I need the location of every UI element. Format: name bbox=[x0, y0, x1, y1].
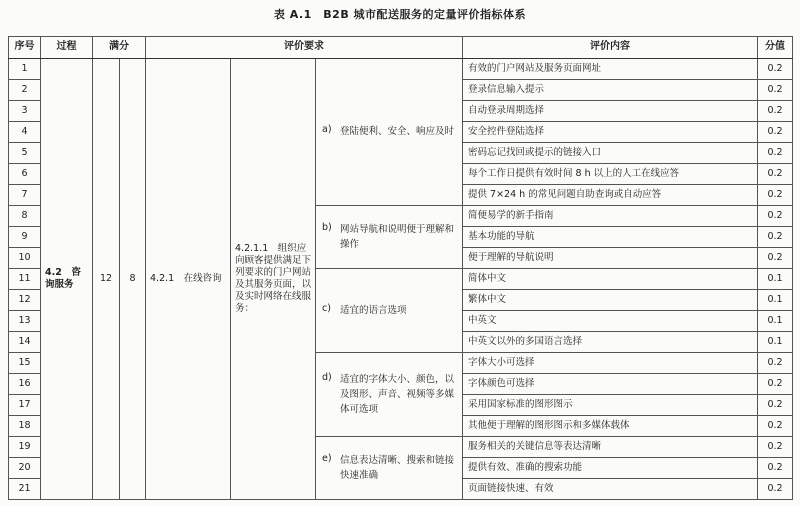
table-title: 表 A.1 B2B 城市配送服务的定量评价指标体系 bbox=[0, 6, 800, 22]
score-cell: 0.2 bbox=[758, 80, 793, 101]
score-cell: 0.1 bbox=[758, 290, 793, 311]
seq-cell: 7 bbox=[9, 185, 41, 206]
seq-cell: 1 bbox=[9, 59, 41, 80]
content-cell: 登录信息输入提示 bbox=[463, 80, 758, 101]
score-cell: 0.2 bbox=[758, 353, 793, 374]
full-score-process-cell: 12 bbox=[93, 59, 120, 500]
seq-cell: 10 bbox=[9, 248, 41, 269]
score-cell: 0.2 bbox=[758, 416, 793, 437]
score-cell: 0.2 bbox=[758, 227, 793, 248]
sub-text: 适宜的语言选项 bbox=[340, 303, 458, 318]
sub-requirement-a: a)登陆便利、安全、响应及时 bbox=[316, 59, 463, 206]
seq-cell: 13 bbox=[9, 311, 41, 332]
content-cell: 有效的门户网站及服务页面网址 bbox=[463, 59, 758, 80]
sub-label: e) bbox=[322, 453, 340, 483]
score-cell: 0.2 bbox=[758, 248, 793, 269]
content-cell: 安全控件登陆选择 bbox=[463, 122, 758, 143]
content-cell: 其他便于理解的图形图示和多媒体载体 bbox=[463, 416, 758, 437]
score-cell: 0.1 bbox=[758, 311, 793, 332]
sub-text: 登陆便利、安全、响应及时 bbox=[340, 124, 458, 139]
seq-cell: 15 bbox=[9, 353, 41, 374]
header-seq: 序号 bbox=[9, 37, 41, 59]
content-cell: 提供 7×24 h 的常见问题自助查询或自动应答 bbox=[463, 185, 758, 206]
seq-cell: 11 bbox=[9, 269, 41, 290]
header-content: 评价内容 bbox=[463, 37, 758, 59]
evaluation-index-table: 序号 过程 满分 评价要求 评价内容 分值 1 4.2 咨询服务 12 8 4.… bbox=[8, 36, 793, 500]
table-row: 1 4.2 咨询服务 12 8 4.2.1 在线咨询 4.2.1.1 组织应向顾… bbox=[9, 59, 793, 80]
score-cell: 0.2 bbox=[758, 164, 793, 185]
sub-requirement-b: b)网站导航和说明便于理解和操作 bbox=[316, 206, 463, 269]
sub-requirement-d: d)适宜的字体大小、颜色，以及图形、声音、视频等多媒体可选项 bbox=[316, 353, 463, 437]
clause-cell: 4.2.1 在线咨询 bbox=[146, 59, 231, 500]
sub-requirement-c: c)适宜的语言选项 bbox=[316, 269, 463, 353]
sub-requirement-e: e)信息表达清晰、搜索和链接快速准确 bbox=[316, 437, 463, 500]
seq-cell: 20 bbox=[9, 458, 41, 479]
header-requirements: 评价要求 bbox=[146, 37, 463, 59]
content-cell: 每个工作日提供有效时间 8 h 以上的人工在线应答 bbox=[463, 164, 758, 185]
content-cell: 服务相关的关键信息等表达清晰 bbox=[463, 437, 758, 458]
score-cell: 0.1 bbox=[758, 269, 793, 290]
content-cell: 基本功能的导航 bbox=[463, 227, 758, 248]
content-cell: 提供有效、准确的搜索功能 bbox=[463, 458, 758, 479]
seq-cell: 5 bbox=[9, 143, 41, 164]
score-cell: 0.2 bbox=[758, 437, 793, 458]
sub-label: a) bbox=[322, 124, 340, 139]
seq-cell: 17 bbox=[9, 395, 41, 416]
sub-text: 网站导航和说明便于理解和操作 bbox=[340, 222, 458, 252]
content-cell: 简体中文 bbox=[463, 269, 758, 290]
sub-label: b) bbox=[322, 222, 340, 252]
seq-cell: 8 bbox=[9, 206, 41, 227]
content-cell: 繁体中文 bbox=[463, 290, 758, 311]
requirement-cell: 4.2.1.1 组织应向顾客提供满足下列要求的门户网站及其服务页面，以及实时网络… bbox=[231, 59, 316, 500]
header-score: 分值 bbox=[758, 37, 793, 59]
content-cell: 密码忘记找回或提示的链接入口 bbox=[463, 143, 758, 164]
header-process: 过程 bbox=[41, 37, 93, 59]
score-cell: 0.2 bbox=[758, 395, 793, 416]
content-cell: 字体大小可选择 bbox=[463, 353, 758, 374]
score-cell: 0.2 bbox=[758, 143, 793, 164]
seq-cell: 18 bbox=[9, 416, 41, 437]
score-cell: 0.2 bbox=[758, 374, 793, 395]
score-cell: 0.2 bbox=[758, 185, 793, 206]
sub-label: c) bbox=[322, 303, 340, 318]
content-cell: 便于理解的导航说明 bbox=[463, 248, 758, 269]
header-full-score: 满分 bbox=[93, 37, 146, 59]
process-cell: 4.2 咨询服务 bbox=[41, 59, 93, 500]
seq-cell: 4 bbox=[9, 122, 41, 143]
content-cell: 采用国家标准的图形图示 bbox=[463, 395, 758, 416]
score-cell: 0.2 bbox=[758, 479, 793, 500]
seq-cell: 19 bbox=[9, 437, 41, 458]
score-cell: 0.2 bbox=[758, 59, 793, 80]
full-score-clause-cell: 8 bbox=[120, 59, 146, 500]
content-cell: 中英文 bbox=[463, 311, 758, 332]
score-cell: 0.2 bbox=[758, 101, 793, 122]
content-cell: 中英文以外的多国语言选择 bbox=[463, 332, 758, 353]
sub-label: d) bbox=[322, 372, 340, 418]
score-cell: 0.2 bbox=[758, 458, 793, 479]
content-cell: 页面链接快速、有效 bbox=[463, 479, 758, 500]
seq-cell: 3 bbox=[9, 101, 41, 122]
seq-cell: 16 bbox=[9, 374, 41, 395]
content-cell: 简便易学的新手指南 bbox=[463, 206, 758, 227]
seq-cell: 14 bbox=[9, 332, 41, 353]
seq-cell: 2 bbox=[9, 80, 41, 101]
seq-cell: 6 bbox=[9, 164, 41, 185]
sub-text: 适宜的字体大小、颜色，以及图形、声音、视频等多媒体可选项 bbox=[340, 372, 458, 418]
seq-cell: 9 bbox=[9, 227, 41, 248]
score-cell: 0.2 bbox=[758, 206, 793, 227]
content-cell: 字体颜色可选择 bbox=[463, 374, 758, 395]
content-cell: 自动登录周期选择 bbox=[463, 101, 758, 122]
seq-cell: 12 bbox=[9, 290, 41, 311]
header-row: 序号 过程 满分 评价要求 评价内容 分值 bbox=[9, 37, 793, 59]
sub-text: 信息表达清晰、搜索和链接快速准确 bbox=[340, 453, 458, 483]
seq-cell: 21 bbox=[9, 479, 41, 500]
score-cell: 0.2 bbox=[758, 122, 793, 143]
score-cell: 0.1 bbox=[758, 332, 793, 353]
